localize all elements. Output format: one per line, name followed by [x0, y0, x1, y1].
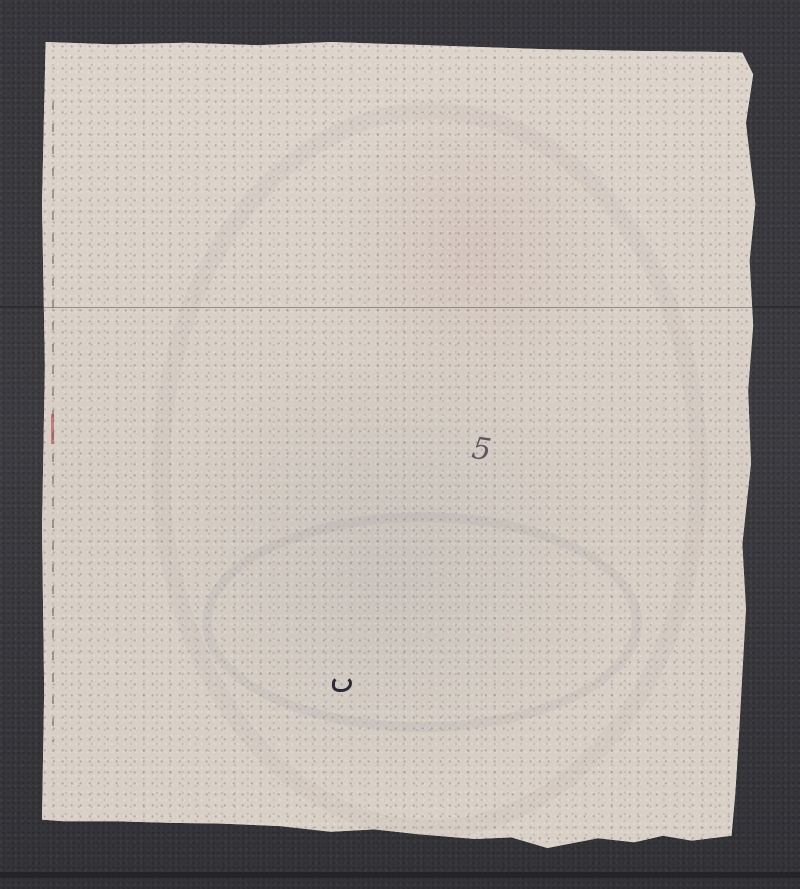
stamp-reverse: 5	[42, 42, 764, 852]
show-through-cancellation	[202, 512, 642, 732]
background-bottom-edge	[0, 872, 800, 878]
fold-line	[42, 307, 764, 308]
red-fiber-mark	[51, 414, 54, 444]
